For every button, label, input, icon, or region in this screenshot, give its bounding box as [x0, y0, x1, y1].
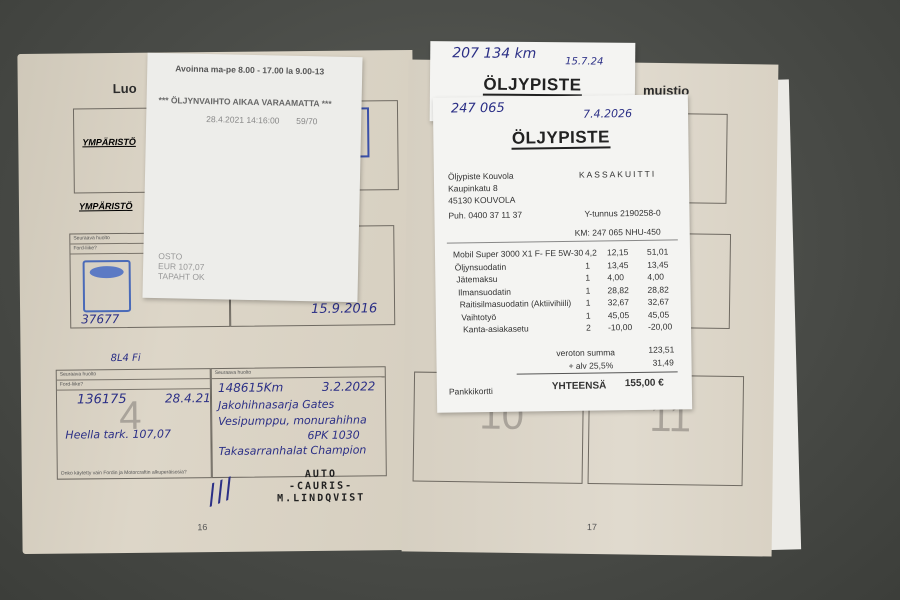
ymparisto-logo-2: YMPÄRISTÖ: [79, 201, 133, 212]
opening-hours: Avoinna ma-pe 8.00 - 17.00 la 9.00-13: [175, 63, 324, 76]
item-total: 32,67: [648, 297, 669, 307]
left-page-title: Luo: [113, 81, 137, 96]
handwritten-line-3: 6PK 1030: [307, 429, 359, 443]
shop-street: Kaupinkatu 8: [448, 183, 498, 194]
item-total: 45,05: [648, 309, 669, 319]
shop-postal: 45130 KOUVOLA: [448, 195, 515, 206]
receipt-code: 59/70: [296, 116, 317, 126]
payment-method: Pankkikortti: [449, 386, 493, 397]
handwritten-date: 15.9.2016: [311, 301, 377, 317]
handwritten-line-2: Vesipumppu, monurahihna: [218, 413, 367, 428]
receipt-title: *** ÖLJYNVAIHTO AIKAA VARAAMATTA ***: [158, 95, 331, 109]
payment-status: TAPAHT OK: [158, 271, 205, 282]
handwritten-note: 8L4 Fi: [111, 353, 141, 364]
handwritten-km: 37677: [81, 312, 119, 326]
workshop-stamp: AUTO -CAURIS- M.LINDQVIST: [277, 468, 366, 505]
item-qty: 1: [586, 310, 591, 320]
item-unit-price: -10,00: [608, 322, 632, 332]
total-value: 155,00 €: [625, 378, 664, 390]
page-number-17: 17: [587, 522, 597, 532]
receipt-2025: 247 065 7.4.2026 ÖLJYPISTE Öljypiste Kou…: [433, 94, 692, 413]
oljypiste-logo: ÖLJYPISTE: [430, 74, 635, 96]
handwritten-km: 148615Km: [218, 380, 284, 395]
item-name: Öljynsuodatin: [455, 261, 507, 272]
item-unit-price: 4,00: [607, 272, 624, 282]
item-qty: 1: [586, 298, 591, 308]
stamp-line-3: M.LINDQVIST: [277, 492, 365, 505]
receipt-datetime: 28.4.2021 14:16:00: [206, 114, 279, 126]
service-box-6: Seuraava huolto 148615Km 3.2.2022 Jakohi…: [211, 366, 387, 478]
item-name: Ilmansuodatin: [458, 286, 511, 297]
logo-text: ÖLJYPISTE: [483, 75, 581, 97]
item-total: 51,01: [647, 247, 668, 257]
original-parts-question: Onko käytetty vain Fordin ja Motorcrafti…: [61, 469, 201, 476]
item-unit-price: 28,82: [607, 285, 628, 295]
net-label: veroton summa: [556, 347, 615, 358]
item-qty: 1: [585, 273, 590, 283]
divider: [447, 239, 678, 243]
shop-phone: Puh. 0400 37 11 37: [448, 210, 522, 221]
handwritten-date: 15.7.24: [565, 56, 603, 67]
item-name: Kanta-asiakasetu: [463, 323, 529, 334]
signature: ///: [203, 473, 238, 510]
shop-name: Öljypiste Kouvola: [448, 171, 514, 182]
business-id: Y-tunnus 2190258-0: [584, 208, 660, 219]
handwritten-km: 136175: [77, 392, 127, 408]
ford-oval-icon: [90, 266, 124, 278]
ymparisto-logo: YMPÄRISTÖ: [82, 137, 136, 148]
stamp-line-2: -CAURIS-: [277, 480, 365, 493]
handwritten-line-1: Jakohihnasarja Gates: [218, 398, 334, 412]
item-total: 13,45: [647, 259, 668, 269]
handwritten-km: 247 065: [451, 101, 505, 117]
row-ford-dealer: Ford-liike?: [57, 379, 210, 391]
item-unit-price: 45,05: [608, 310, 629, 320]
item-total: 28,82: [647, 284, 668, 294]
vat-value: 31,49: [652, 357, 673, 367]
payment-type: OSTO: [158, 251, 182, 261]
dealer-stamp: [83, 260, 132, 312]
item-name: Vaihtotyö: [461, 311, 496, 321]
handwritten-date: 28.4.21: [165, 391, 211, 405]
service-box-5: Seuraava huolto Ford-liike? 4 136175 28.…: [56, 368, 212, 480]
receipt-2021: Avoinna ma-pe 8.00 - 17.00 la 9.00-13 **…: [142, 53, 362, 302]
handwritten-date: 3.2.2022: [322, 379, 376, 394]
item-unit-price: 32,67: [608, 297, 629, 307]
handwritten-km: 207 134 km: [452, 45, 536, 62]
page-number-16: 16: [197, 522, 207, 532]
item-total: 4,00: [647, 272, 664, 282]
handwritten-line-4: Takasarranhalat Champion: [218, 443, 366, 458]
oljypiste-logo: ÖLJYPISTE: [433, 126, 688, 150]
total-divider: [517, 371, 678, 374]
item-qty: 1: [585, 285, 590, 295]
item-unit-price: 12,15: [607, 247, 628, 257]
item-qty: 2: [586, 323, 591, 333]
item-name: Jätemaksu: [456, 274, 497, 285]
logo-text: ÖLJYPISTE: [512, 127, 610, 149]
handwritten-date: 7.4.2026: [583, 107, 632, 121]
doc-type: KASSAKUITTI: [579, 169, 656, 180]
stamp-line-1: AUTO: [277, 468, 365, 481]
net-value: 123,51: [648, 344, 674, 354]
total-label: YHTEENSÄ: [552, 380, 607, 392]
item-qty: 4,2: [585, 248, 597, 258]
item-qty: 1: [585, 260, 590, 270]
payment-amount: EUR 107,07: [158, 261, 205, 272]
item-name: Raitisilmasuodatin (Aktiivihiili): [460, 298, 572, 310]
item-unit-price: 13,45: [607, 260, 628, 270]
km-plate: KM: 247 065 NHU-450: [575, 227, 661, 238]
vat-label: + alv 25,5%: [569, 360, 614, 371]
handwritten-amount: Heella tark. 107,07: [65, 427, 171, 441]
row-next-service: Seuraava huolto: [212, 367, 385, 379]
item-name: Mobil Super 3000 X1 F- FE 5W-30: [453, 248, 583, 260]
item-total: -20,00: [648, 321, 672, 331]
